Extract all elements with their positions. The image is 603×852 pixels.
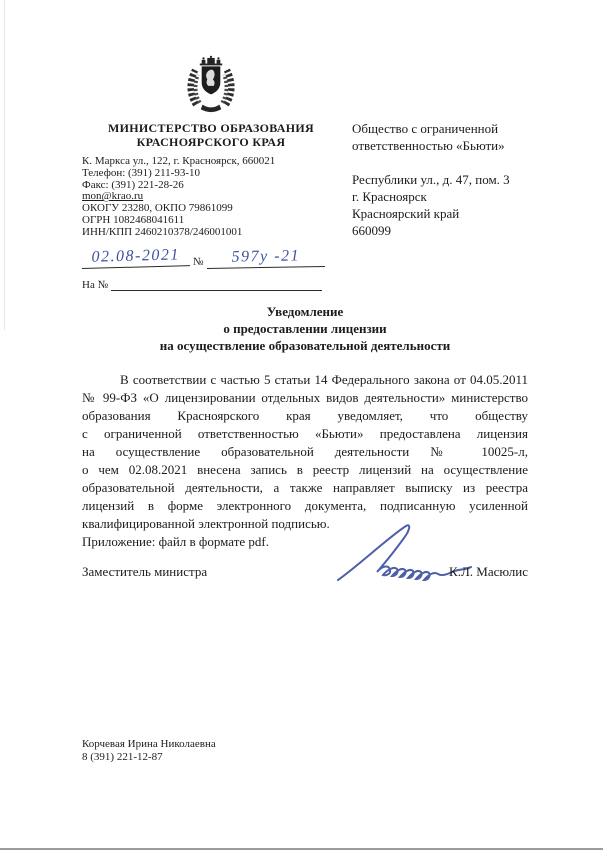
executor-name: Корчевая Ирина Николаевна [82, 738, 216, 751]
number-sign-label: № [190, 256, 207, 269]
ministry-name-line1: МИНИСТЕРСТВО ОБРАЗОВАНИЯ [82, 121, 340, 135]
title-line1: Уведомление [82, 303, 528, 320]
executor-contact: Корчевая Ирина Николаевна 8 (391) 221-12… [82, 738, 216, 764]
reply-to-blank-line [111, 277, 322, 291]
recipient-street: Республики ул., д. 47, пом. 3 [352, 171, 542, 188]
body-line: с ограниченной ответственностью «Бьюти» … [82, 425, 528, 443]
sender-header: МИНИСТЕРСТВО ОБРАЗОВАНИЯ КРАСНОЯРСКОГО К… [82, 55, 340, 239]
title-line3: на осуществление образовательной деятель… [82, 337, 528, 354]
body-line: образовательной деятельности, а также на… [82, 479, 528, 497]
address-phone: Телефон: (391) 211-93-10 [82, 168, 340, 180]
signer-name: К.Л. Масюлис [449, 564, 528, 580]
executor-phone: 8 (391) 221-12-87 [82, 751, 216, 764]
recipient-city: г. Красноярск [352, 188, 542, 205]
signature-row: Заместитель министра К.Л. Масюлис [82, 564, 528, 580]
body-line: В соответствии с частью 5 статьи 14 Феде… [82, 371, 528, 389]
recipient-block: Общество с ограниченной ответственностью… [352, 120, 542, 239]
coat-of-arms-icon [183, 55, 239, 115]
body-line: образования Красноярского края уведомляе… [82, 407, 528, 425]
reply-to-row: На № [82, 277, 322, 291]
recipient-org-line2: ответственностью «Бьюти» [352, 137, 542, 154]
handwritten-date: 02.08-2021 [81, 245, 190, 269]
recipient-gap [352, 154, 542, 171]
body-line: № 99-ФЗ «О лицензировании отдельных видо… [82, 389, 528, 407]
recipient-postcode: 660099 [352, 222, 542, 239]
sender-address-block: К. Маркса ул., 122, г. Красноярск, 66002… [82, 156, 340, 239]
scan-edge-left [4, 0, 5, 330]
reply-to-label: На № [82, 279, 108, 291]
scanned-letter-page: МИНИСТЕРСТВО ОБРАЗОВАНИЯ КРАСНОЯРСКОГО К… [0, 0, 603, 852]
date-number-row: 02.08-2021 № 597у -21 [82, 248, 332, 269]
body-line: лицензий в форме электронного документа,… [82, 497, 528, 515]
address-inn-kpp: ИНН/КПП 2460210378/246001001 [82, 227, 340, 239]
title-line2: о предоставлении лицензии [82, 320, 528, 337]
recipient-org-line1: Общество с ограниченной [352, 120, 542, 137]
handwritten-outgoing-number: 597у -21 [206, 246, 324, 269]
document-title: Уведомление о предоставлении лицензии на… [82, 303, 528, 354]
address-ogrn: ОГРН 1082468041611 [82, 215, 340, 227]
signer-position: Заместитель министра [82, 564, 207, 580]
ministry-name-line2: КРАСНОЯРСКОГО КРАЯ [82, 135, 340, 149]
scan-edge-bottom [0, 848, 603, 850]
body-line: на осуществление образовательной деятель… [82, 443, 528, 461]
recipient-region: Красноярский край [352, 205, 542, 222]
body-line: о чем 02.08.2021 внесена запись в реестр… [82, 461, 528, 479]
